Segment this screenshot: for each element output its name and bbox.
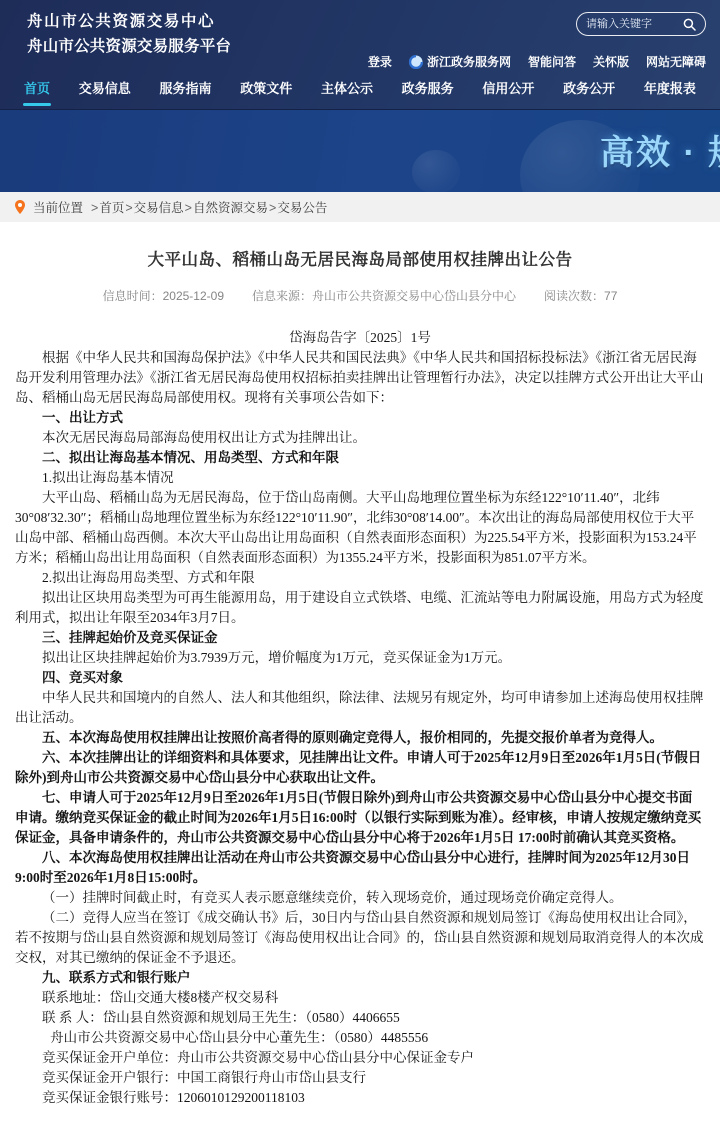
nav-item-annual-report[interactable]: 年度报表 [644, 76, 696, 108]
quick-links: 登录浙江政务服务网智能问答关怀版网站无障碍 [368, 53, 706, 70]
article-paragraph: 舟山市公共资源交易中心岱山县分中心董先生：（0580）4485556 [15, 1028, 705, 1048]
nav-item-entity-publicity[interactable]: 主体公示 [321, 76, 373, 108]
article-title: 大平山岛、稻桶山岛无居民海岛局部使用权挂牌出让公告 [15, 246, 705, 270]
article-paragraph: 中华人民共和国境内的自然人、法人和其他组织，除法律、法规另有规定外，均可申请参加… [15, 688, 705, 728]
article-paragraph: 本次无居民海岛局部海岛使用权出让方式为挂牌出让。 [15, 428, 705, 448]
breadcrumb-separator: > [125, 201, 132, 215]
quick-link-label: 浙江政务服务网 [427, 53, 511, 70]
section-heading: 三、挂牌起始价及竞买保证金 [15, 628, 705, 648]
breadcrumb-prefix: 当前位置 [33, 198, 83, 216]
breadcrumb-item-0[interactable]: 首页 [99, 201, 124, 215]
search-input[interactable] [586, 18, 678, 30]
section-paragraph-bold: 七、申请人可于2025年12月9日至2026年1月5日(节假日除外)到舟山市公共… [15, 788, 705, 848]
article-meta-item-0: 信息时间：2025-12-09 [103, 289, 224, 303]
quick-link-label: 网站无障碍 [646, 53, 706, 70]
search-icon[interactable] [683, 18, 696, 31]
doc-number: 岱海岛告字〔2025〕1号 [15, 328, 705, 348]
breadcrumb-separator: > [185, 201, 192, 215]
site-header: 舟山市公共资源交易中心 舟山市公共资源交易服务平台 登录浙江政务服务网智能问答关… [0, 0, 720, 110]
nav-item-gov-services[interactable]: 政务服务 [402, 76, 454, 108]
quick-link-label: 登录 [368, 53, 392, 70]
site-title-line1: 舟山市公共资源交易中心 [27, 9, 231, 34]
article-meta-item-2: 阅读次数：77 [544, 289, 617, 303]
section-heading: 九、联系方式和银行账户 [15, 968, 705, 988]
article-meta: 信息时间：2025-12-09信息来源：舟山市公共资源交易中心岱山县分中心阅读次… [15, 287, 705, 304]
article-meta-item-1: 信息来源：舟山市公共资源交易中心岱山县分中心 [252, 289, 516, 303]
quick-link-login[interactable]: 登录 [368, 53, 392, 70]
section-paragraph-bold: 八、本次海岛使用权挂牌出让活动在舟山市公共资源交易中心岱山县分中心进行，挂牌时间… [15, 848, 705, 888]
article-paragraph: 拟出让区块挂牌起始价为3.7939万元，增价幅度为1万元，竞买保证金为1万元。 [15, 648, 705, 668]
article-paragraph: 2.拟出让海岛用岛类型、方式和年限 [15, 568, 705, 588]
zhejiang-gov-icon [409, 55, 423, 69]
quick-link-label: 关怀版 [593, 53, 629, 70]
quick-link-care-version[interactable]: 关怀版 [593, 53, 629, 70]
section-heading: 一、出让方式 [15, 408, 705, 428]
quick-link-smart-qa[interactable]: 智能问答 [528, 53, 576, 70]
hero-banner: 高效 · 规 [0, 110, 720, 192]
nav-item-credit-open[interactable]: 信用公开 [482, 76, 534, 108]
breadcrumb-separator: > [269, 201, 276, 215]
article-paragraph: 竞买保证金开户银行：中国工商银行舟山市岱山县支行 [15, 1068, 705, 1088]
article-paragraph: 竞买保证金开户单位：舟山市公共资源交易中心岱山县分中心保证金专户 [15, 1048, 705, 1068]
banner-slogan: 高效 · 规 [600, 125, 720, 174]
article-paragraph: 联 系 人：岱山县自然资源和规划局王先生：（0580）4406655 [15, 1008, 705, 1028]
breadcrumb-items: >首页>交易信息>自然资源交易>交易公告 [90, 198, 327, 216]
site-title-line2: 舟山市公共资源交易服务平台 [27, 34, 231, 59]
breadcrumb-separator: > [91, 201, 98, 215]
search-box[interactable] [576, 12, 706, 36]
article-paragraph: （一）挂牌时间截止时，有竞买人表示愿意继续竞价，转入现场竞价，通过现场竞价确定竞… [15, 888, 705, 908]
section-heading: 二、拟出让海岛基本情况、用岛类型、方式和年限 [15, 448, 705, 468]
article-body: 岱海岛告字〔2025〕1号根据《中华人民共和国海岛保护法》《中华人民共和国民法典… [15, 328, 705, 1108]
article-paragraph: （二）竞得人应当在签订《成交确认书》后，30日内与岱山县自然资源和规划局签订《海… [15, 908, 705, 968]
nav-item-service-guide[interactable]: 服务指南 [159, 76, 211, 108]
article-paragraph: 1.拟出让海岛基本情况 [15, 468, 705, 488]
breadcrumb-item-3[interactable]: 交易公告 [277, 201, 327, 215]
nav-item-policy-docs[interactable]: 政策文件 [240, 76, 292, 108]
quick-link-zhejiang-gov-web[interactable]: 浙江政务服务网 [409, 53, 511, 70]
section-paragraph-bold: 五、本次海岛使用权挂牌出让按照价高者得的原则确定竞得人，报价相同的，先提交报价单… [15, 728, 705, 748]
article-paragraph: 竞买保证金银行账号：1206010129200118103 [15, 1088, 705, 1108]
breadcrumb-item-2[interactable]: 自然资源交易 [193, 201, 268, 215]
quick-link-label: 智能问答 [528, 53, 576, 70]
article-paragraph: 大平山岛、稻桶山岛为无居民海岛，位于岱山岛南侧。大平山岛地理位置坐标为东经122… [15, 488, 705, 568]
nav-item-gov-open[interactable]: 政务公开 [563, 76, 615, 108]
main-nav: 首页交易信息服务指南政策文件主体公示政务服务信用公开政务公开年度报表 [0, 76, 720, 109]
location-pin-icon [14, 200, 26, 214]
section-paragraph-bold: 六、本次挂牌出让的详细资料和具体要求，见挂牌出让文件。申请人可于2025年12月… [15, 748, 705, 788]
page: 舟山市公共资源交易中心 舟山市公共资源交易服务平台 登录浙江政务服务网智能问答关… [0, 0, 720, 1138]
breadcrumb: 当前位置 >首页>交易信息>自然资源交易>交易公告 [0, 192, 720, 222]
quick-link-accessibility[interactable]: 网站无障碍 [646, 53, 706, 70]
nav-item-trade-info[interactable]: 交易信息 [79, 76, 131, 108]
section-heading: 四、竞买对象 [15, 668, 705, 688]
article: 大平山岛、稻桶山岛无居民海岛局部使用权挂牌出让公告 信息时间：2025-12-0… [0, 222, 720, 1138]
nav-item-home[interactable]: 首页 [24, 76, 50, 108]
site-logo: 舟山市公共资源交易中心 舟山市公共资源交易服务平台 [27, 9, 231, 59]
article-paragraph: 根据《中华人民共和国海岛保护法》《中华人民共和国民法典》《中华人民共和国招标投标… [15, 348, 705, 408]
article-paragraph: 联系地址：岱山交通大楼8楼产权交易科 [15, 988, 705, 1008]
article-paragraph: 拟出让区块用岛类型为可再生能源用岛，用于建设自立式铁塔、电缆、汇流站等电力附属设… [15, 588, 705, 628]
breadcrumb-item-1[interactable]: 交易信息 [134, 201, 184, 215]
